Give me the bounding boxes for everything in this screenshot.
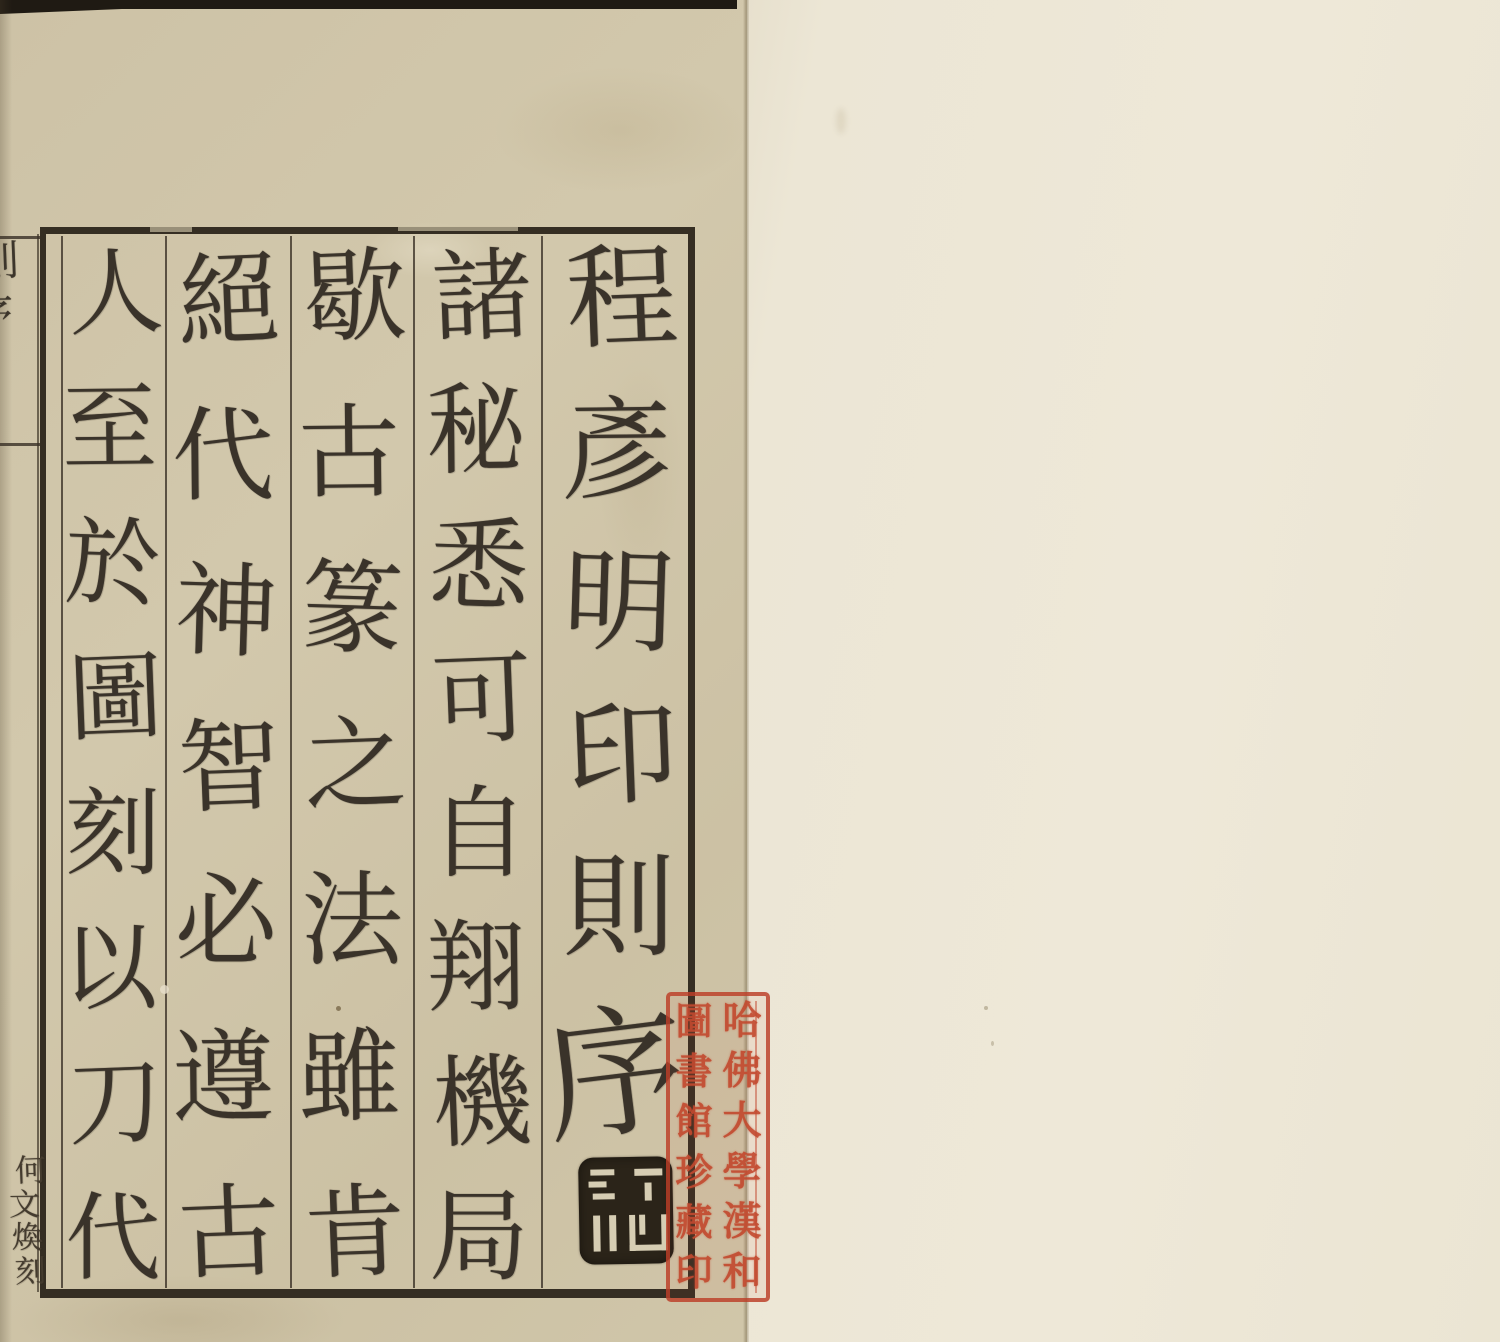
margin-strip-line bbox=[0, 236, 40, 239]
book-scan: 則序 何文煥刻 程彥明印則序 諸秘悉可自翔機局 歇古篆之法雖肯 絕代神智必遵古 … bbox=[0, 0, 1500, 1342]
paper-speck bbox=[991, 1041, 994, 1046]
margin-strip-line bbox=[0, 443, 40, 446]
margin-title-fragments: 則序 bbox=[0, 240, 34, 390]
seal-stroke bbox=[588, 1181, 606, 1187]
margin-strip-rule bbox=[37, 234, 39, 1292]
paper-fleck bbox=[160, 985, 169, 994]
seal-stroke bbox=[590, 1169, 614, 1175]
seal-text-right-column: 哈佛大學漢和 bbox=[718, 996, 766, 1298]
seal-stroke bbox=[629, 1214, 668, 1251]
paper-speck bbox=[984, 1006, 988, 1010]
seal-stroke bbox=[645, 1183, 652, 1201]
column-rule bbox=[290, 236, 292, 1288]
text-column-4: 絕代神智必遵古 bbox=[169, 251, 283, 1285]
scan-left-edge-shadow bbox=[0, 0, 12, 1342]
ink-speck bbox=[336, 1006, 341, 1011]
frame-wear-gap bbox=[150, 227, 192, 232]
text-column-2: 諸秘悉可自翔機局 bbox=[419, 247, 539, 1287]
seal-stroke bbox=[639, 1215, 645, 1235]
text-column-5: 人至於圖刻以刀代 bbox=[63, 247, 163, 1287]
paper-stain bbox=[836, 108, 846, 134]
harvard-yenching-library-seal: 圖書館珍藏印 哈佛大學漢和 bbox=[666, 992, 770, 1302]
seal-stroke bbox=[634, 1168, 662, 1175]
seal-stroke bbox=[609, 1215, 617, 1251]
seal-text-left-column: 圖書館珍藏印 bbox=[670, 996, 718, 1298]
text-column-3: 歇古篆之法雖肯 bbox=[294, 247, 410, 1285]
seal-stroke bbox=[593, 1215, 601, 1251]
seal-stroke bbox=[593, 1193, 615, 1199]
column-rule bbox=[165, 236, 167, 1288]
right-blank-page bbox=[747, 0, 1500, 1342]
engraver-colophon: 何文煥刻 bbox=[6, 1156, 48, 1288]
black-collector-seal bbox=[578, 1156, 674, 1265]
column-rule bbox=[541, 236, 543, 1288]
frame-wear-gap bbox=[398, 226, 518, 231]
column-rule bbox=[413, 236, 415, 1288]
